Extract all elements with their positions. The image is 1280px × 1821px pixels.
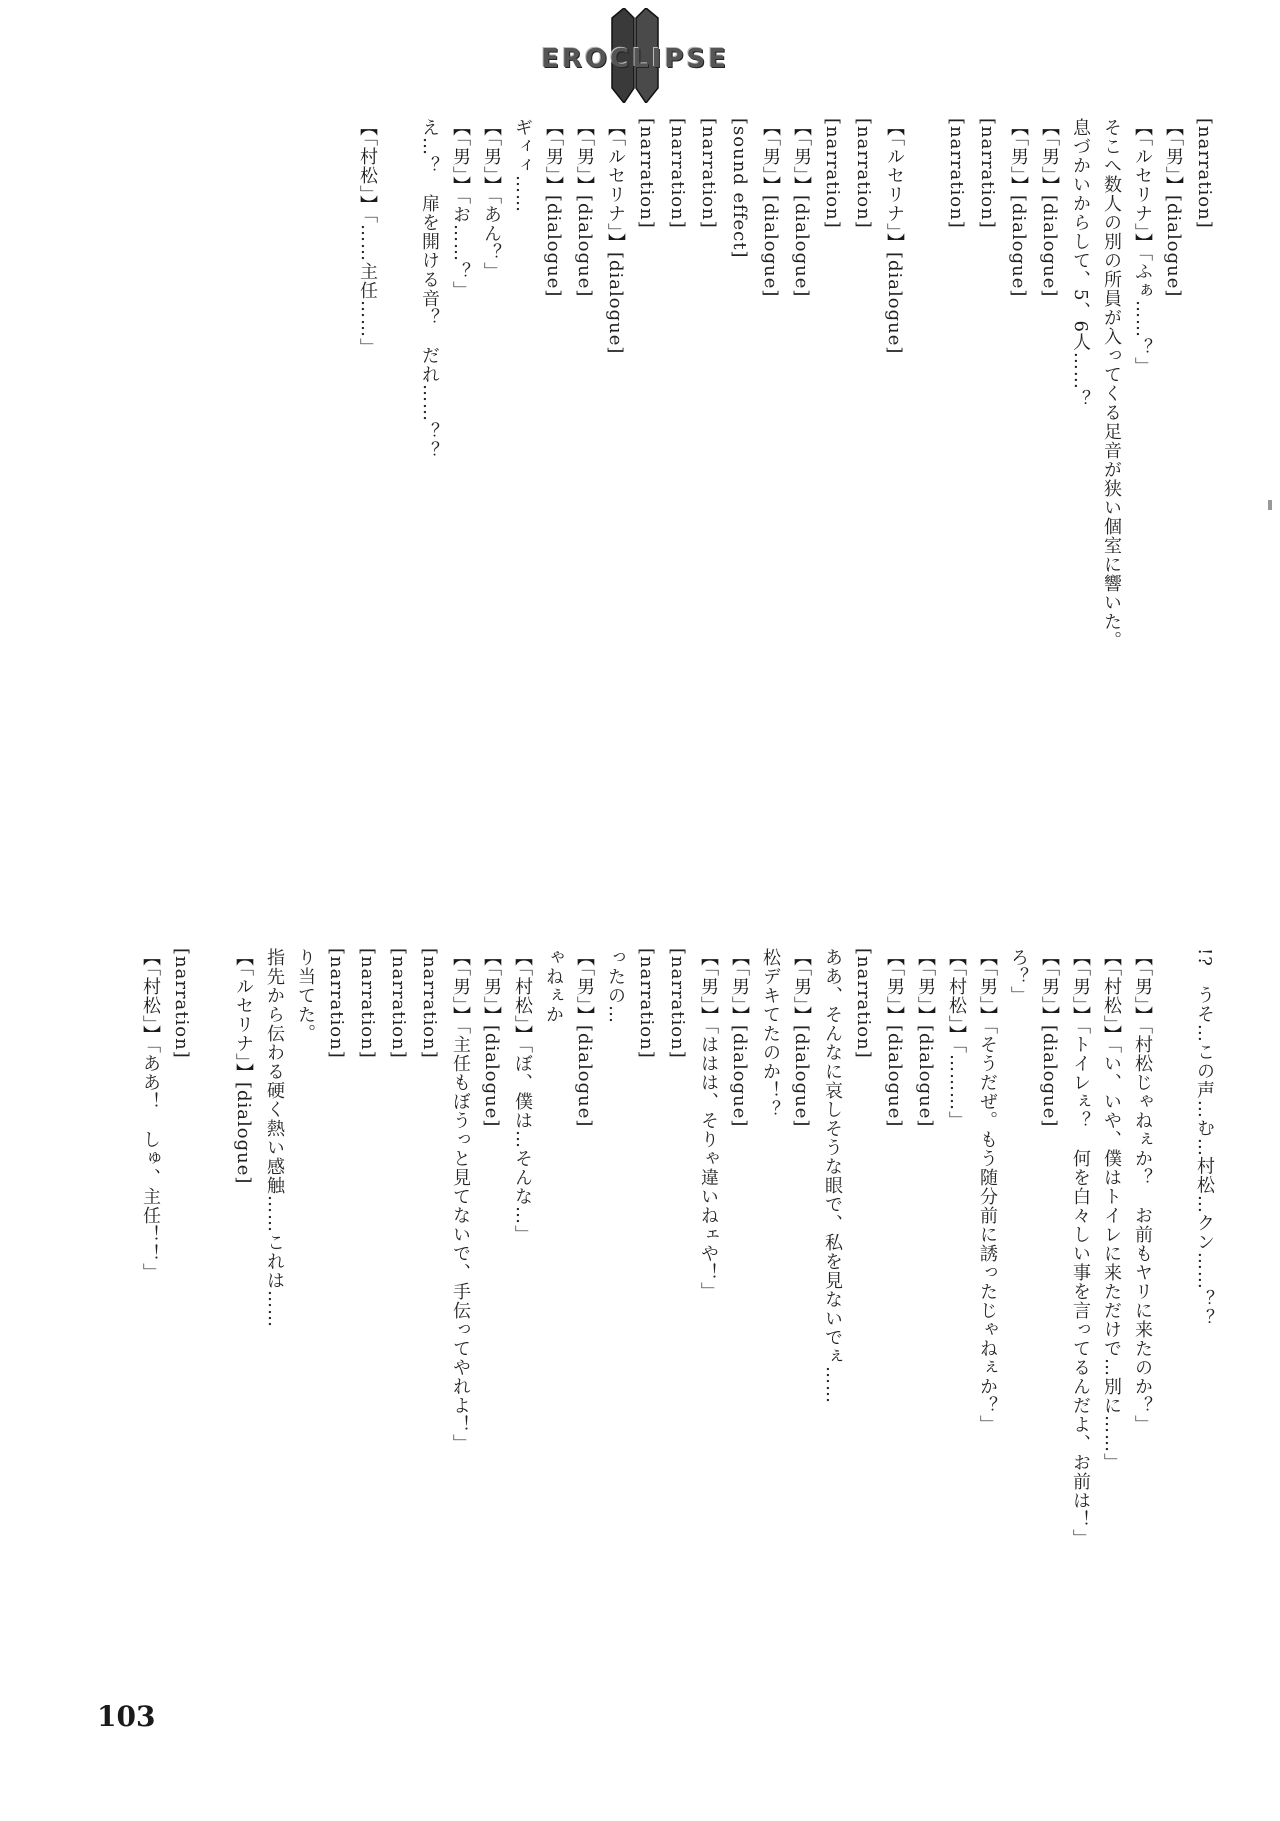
column-text: !? うそ…この声…む…村松…クン……？？: [1194, 948, 1215, 1328]
speaker-label: 男: [574, 948, 595, 1025]
column-text: え…？ 扉を開ける音？ だれ……？？: [419, 118, 440, 460]
dialogue-column: 男[dialogue]: [569, 948, 600, 1688]
speaker-label: 男: [574, 118, 595, 195]
dialogue-column: 男[dialogue]: [786, 118, 817, 938]
dialogue-column: 男「主任もぼうっと見てないで、手伝ってやれよ！」: [445, 948, 476, 1688]
dialogue-column: 男[dialogue]: [569, 118, 600, 938]
column-text: 「……主任……」: [357, 214, 378, 357]
speaker-label: 男: [760, 118, 781, 195]
narration-column: [383, 118, 414, 938]
column-text: [narration]: [1194, 118, 1215, 229]
column-text: [narration]: [977, 118, 998, 229]
narration-column: り当てた。: [290, 948, 321, 1688]
page-number: 103: [97, 1700, 155, 1733]
speaker-label: ルセリナ: [233, 948, 254, 1082]
dialogue-column: 男「村松じゃねぇか？ お前もヤリに来たのか？」: [1127, 948, 1158, 1688]
speaker-label: 男: [791, 948, 812, 1025]
speaker-label: 男: [915, 948, 936, 1025]
narration-column: [narration]: [1189, 118, 1220, 938]
column-text: 「ふぁ……？」: [1132, 252, 1153, 376]
column-text: [dialogue]: [574, 195, 595, 297]
dialogue-column: 村松「ぼ、僕は…そんな…」: [507, 948, 538, 1688]
column-text: [narration]: [636, 118, 657, 229]
narration-column: !? うそ…この声…む…村松…クン……？？: [1189, 948, 1220, 1688]
dialogue-column: ルセリナ[dialogue]: [228, 948, 259, 1688]
narration-column: [narration]: [166, 948, 197, 1688]
column-text: [dialogue]: [481, 1025, 502, 1127]
column-text: [dialogue]: [1008, 195, 1029, 297]
dialogue-column: 男[dialogue]: [1158, 118, 1189, 938]
speaker-label: 男: [543, 118, 564, 195]
column-text: ああ、そんなに哀しそうな眼で、私を見ないでぇ……: [822, 948, 843, 1404]
narration-column: [narration]: [662, 118, 693, 938]
narration-column: [narration]: [383, 948, 414, 1688]
speaker-label: 男: [1163, 118, 1184, 195]
dialogue-column: 村松「い、いや、僕はトイレに来ただけで…別に……」: [1096, 948, 1127, 1688]
column-text: [narration]: [388, 948, 409, 1059]
column-text: 松デキてたのか！？: [760, 948, 781, 1119]
speaker-label: 村松: [140, 948, 161, 1044]
dialogue-column: 男[dialogue]: [755, 118, 786, 938]
column-text: [narration]: [853, 948, 874, 1059]
narration-column: [197, 948, 228, 1688]
column-text: 「い、いや、僕はトイレに来ただけで…別に……」: [1101, 1044, 1122, 1472]
scan-mark: [1268, 500, 1272, 510]
dialogue-column: 男「あん？」: [476, 118, 507, 938]
column-text: [dialogue]: [1039, 195, 1060, 297]
column-text: ったの…: [605, 948, 626, 1024]
dialogue-column: 男[dialogue]: [1003, 118, 1034, 938]
dialogue-column: ルセリナ「ふぁ……？」: [1127, 118, 1158, 938]
narration-column: ろ？」: [1003, 948, 1034, 1688]
speaker-label: 男: [729, 948, 750, 1025]
column-text: ギィィ……: [512, 118, 533, 213]
narration-column: [narration]: [848, 948, 879, 1688]
column-text: [dialogue]: [884, 252, 905, 354]
speaker-label: 男: [1008, 118, 1029, 195]
dialogue-column: 男「お……？」: [445, 118, 476, 938]
column-text: 「村松じゃねぇか？ お前もヤリに来たのか？」: [1132, 1025, 1153, 1434]
column-text: [dialogue]: [729, 1025, 750, 1127]
column-text: [dialogue]: [791, 1025, 812, 1127]
column-text: ゃねぇか: [543, 948, 564, 1024]
column-text: [narration]: [326, 948, 347, 1059]
speaker-label: 男: [450, 948, 471, 1025]
speaker-label: 男: [1039, 948, 1060, 1025]
upper-text-tier: [narration]男[dialogue]ルセリナ「ふぁ……？」そこへ数人の別…: [120, 118, 1220, 938]
dialogue-column: 男「ははは、そりゃ違いねェや！」: [693, 948, 724, 1688]
dialogue-column: 男[dialogue]: [910, 948, 941, 1688]
narration-column: ったの…: [600, 948, 631, 1688]
speaker-label: 村松: [1101, 948, 1122, 1044]
column-text: 「主任もぼうっと見てないで、手伝ってやれよ！」: [450, 1025, 471, 1453]
dialogue-column: 男[dialogue]: [786, 948, 817, 1688]
speaker-label: 男: [884, 948, 905, 1025]
narration-column: [narration]: [941, 118, 972, 938]
narration-column: [narration]: [972, 118, 1003, 938]
narration-column: 指先から伝わる硬く熱い感触……これは……: [259, 948, 290, 1688]
speaker-label: 村松: [946, 948, 967, 1044]
column-text: [dialogue]: [574, 1025, 595, 1127]
dialogue-column: 村松「……主任……」: [352, 118, 383, 938]
speaker-label: 男: [1039, 118, 1060, 195]
column-text: 指先から伝わる硬く熱い感触……これは……: [264, 948, 285, 1328]
column-text: り当てた。: [295, 948, 316, 1043]
dialogue-column: ルセリナ[dialogue]: [879, 118, 910, 938]
column-text: [dialogue]: [543, 195, 564, 297]
dialogue-column: 男[dialogue]: [879, 948, 910, 1688]
narration-column: [narration]: [631, 118, 662, 938]
speaker-label: 男: [977, 948, 998, 1025]
speaker-label: 村松: [357, 118, 378, 214]
column-text: [narration]: [357, 948, 378, 1059]
narration-column: [narration]: [414, 948, 445, 1688]
column-text: [narration]: [419, 948, 440, 1059]
column-text: [dialogue]: [760, 195, 781, 297]
column-text: [sound effect]: [729, 118, 750, 259]
column-text: [dialogue]: [791, 195, 812, 297]
logo-wordmark: EROCLIPSE: [520, 44, 750, 74]
column-text: [narration]: [946, 118, 967, 229]
column-text: [dialogue]: [915, 1025, 936, 1127]
speaker-label: 村松: [512, 948, 533, 1044]
column-text: [narration]: [822, 118, 843, 229]
narration-column: [narration]: [662, 948, 693, 1688]
column-text: 息づかいからして、5、6人……？: [1070, 118, 1091, 409]
speaker-label: 男: [450, 118, 471, 195]
narration-column: [sound effect]: [724, 118, 755, 938]
column-text: [narration]: [698, 118, 719, 229]
speaker-label: ルセリナ: [605, 118, 626, 252]
speaker-label: 男: [1132, 948, 1153, 1025]
speaker-label: 男: [481, 118, 502, 195]
dialogue-column: 男[dialogue]: [1034, 118, 1065, 938]
narration-column: [narration]: [848, 118, 879, 938]
dialogue-column: 男「トイレぇ？ 何を白々しい事を言ってるんだよ、お前は！」: [1065, 948, 1096, 1688]
column-text: [narration]: [636, 948, 657, 1059]
column-text: [narration]: [667, 118, 688, 229]
dialogue-column: 男「そうだぜ。もう随分前に誘ったじゃねぇか？」: [972, 948, 1003, 1688]
column-text: [narration]: [853, 118, 874, 229]
narration-column: 松デキてたのか！？: [755, 948, 786, 1688]
column-text: そこへ数人の別の所員が入ってくる足音が狭い個室に響いた。: [1101, 118, 1122, 650]
speaker-label: ルセリナ: [1132, 118, 1153, 252]
dialogue-column: 男[dialogue]: [476, 948, 507, 1688]
column-text: [dialogue]: [233, 1082, 254, 1184]
dialogue-column: 男[dialogue]: [1034, 948, 1065, 1688]
dialogue-column: 村松「ああ！ しゅ、主任！！」: [135, 948, 166, 1688]
column-text: [dialogue]: [605, 252, 626, 354]
column-text: 「ははは、そりゃ違いねェや！」: [698, 1025, 719, 1301]
column-text: [dialogue]: [1039, 1025, 1060, 1127]
column-text: [narration]: [171, 948, 192, 1059]
narration-column: [narration]: [693, 118, 724, 938]
narration-column: ギィィ……: [507, 118, 538, 938]
dialogue-column: 男[dialogue]: [538, 118, 569, 938]
narration-column: [1158, 948, 1189, 1688]
column-text: 「ぼ、僕は…そんな…」: [512, 1044, 533, 1244]
column-text: 「お……？」: [450, 195, 471, 300]
speaker-label: 男: [481, 948, 502, 1025]
column-text: 「ああ！ しゅ、主任！！」: [140, 1044, 161, 1282]
narration-column: ゃねぇか: [538, 948, 569, 1688]
dialogue-column: 村松「………」: [941, 948, 972, 1688]
column-text: 「あん？」: [481, 195, 502, 281]
column-text: [dialogue]: [884, 1025, 905, 1127]
narration-column: そこへ数人の別の所員が入ってくる足音が狭い個室に響いた。: [1096, 118, 1127, 938]
column-text: 「トイレぇ？ 何を白々しい事を言ってるんだよ、お前は！」: [1070, 1025, 1091, 1548]
column-text: 「そうだぜ。もう随分前に誘ったじゃねぇか？」: [977, 1025, 998, 1434]
narration-column: [910, 118, 941, 938]
narration-column: [narration]: [352, 948, 383, 1688]
column-text: [narration]: [667, 948, 688, 1059]
column-text: [dialogue]: [1163, 195, 1184, 297]
narration-column: 息づかいからして、5、6人……？: [1065, 118, 1096, 938]
narration-column: [narration]: [631, 948, 662, 1688]
column-text: 「………」: [946, 1044, 967, 1130]
speaker-label: ルセリナ: [884, 118, 905, 252]
eroclipse-logo: EROCLIPSE: [520, 8, 750, 103]
dialogue-column: ルセリナ[dialogue]: [600, 118, 631, 938]
column-text: ろ？」: [1008, 948, 1029, 1005]
lower-text-tier: !? うそ…この声…む…村松…クン……？？男「村松じゃねぇか？ お前もヤリに来た…: [120, 948, 1220, 1688]
speaker-label: 男: [698, 948, 719, 1025]
dialogue-column: 男[dialogue]: [724, 948, 755, 1688]
speaker-label: 男: [1070, 948, 1091, 1025]
narration-column: [narration]: [321, 948, 352, 1688]
narration-column: ああ、そんなに哀しそうな眼で、私を見ないでぇ……: [817, 948, 848, 1688]
narration-column: え…？ 扉を開ける音？ だれ……？？: [414, 118, 445, 938]
speaker-label: 男: [791, 118, 812, 195]
narration-column: [narration]: [817, 118, 848, 938]
